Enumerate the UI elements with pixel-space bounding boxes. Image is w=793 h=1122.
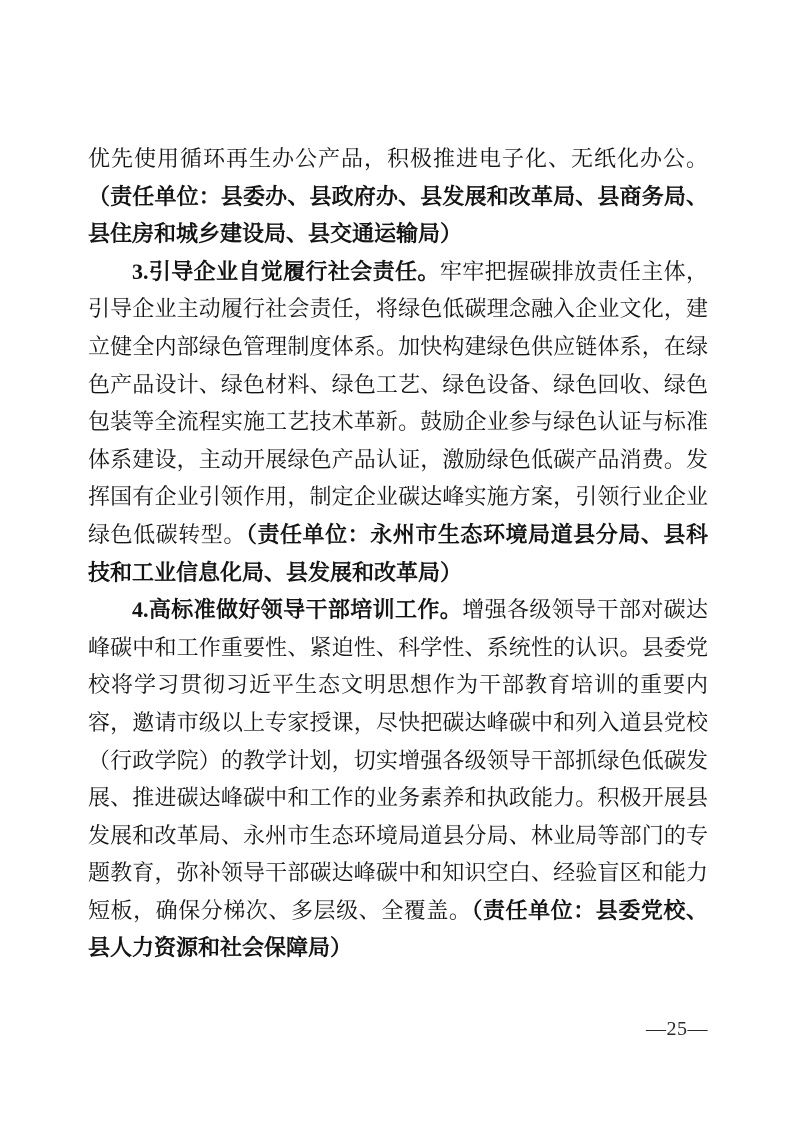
paragraph: 3.引导企业自觉履行社会责任。牢牢把握碳排放责任主体，引导企业主动履行社会责任，… (88, 253, 708, 591)
page-number: —25— (646, 1018, 708, 1040)
responsibility-clause: （责任单位：县委办、县政府办、县发展和改革局、县商务局、县住房和城乡建设局、县交… (88, 184, 708, 247)
body-text-run: 牢牢把握碳排放责任主体，引导企业主动履行社会责任，将绿色低碳理念融入企业文化，建… (88, 259, 708, 547)
document-page: 优先使用循环再生办公产品，积极推进电子化、无纸化办公。（责任单位：县委办、县政府… (0, 0, 793, 1122)
item-heading: 3.引导企业自觉履行社会责任。 (132, 259, 440, 284)
body-text-run: 优先使用循环再生办公产品，积极推进电子化、无纸化办公。 (88, 146, 708, 171)
page-footer: —25— (0, 1018, 708, 1041)
paragraph: 4.高标准做好领导干部培训工作。增强各级领导干部对碳达峰碳中和工作重要性、紧迫性… (88, 591, 708, 967)
item-heading: 4.高标准做好领导干部培训工作。 (132, 597, 462, 622)
paragraph: 优先使用循环再生办公产品，积极推进电子化、无纸化办公。（责任单位：县委办、县政府… (88, 140, 708, 253)
document-body: 优先使用循环再生办公产品，积极推进电子化、无纸化办公。（责任单位：县委办、县政府… (88, 140, 708, 967)
body-text-run: 增强各级领导干部对碳达峰碳中和工作重要性、紧迫性、科学性、系统性的认识。县委党校… (88, 597, 708, 923)
